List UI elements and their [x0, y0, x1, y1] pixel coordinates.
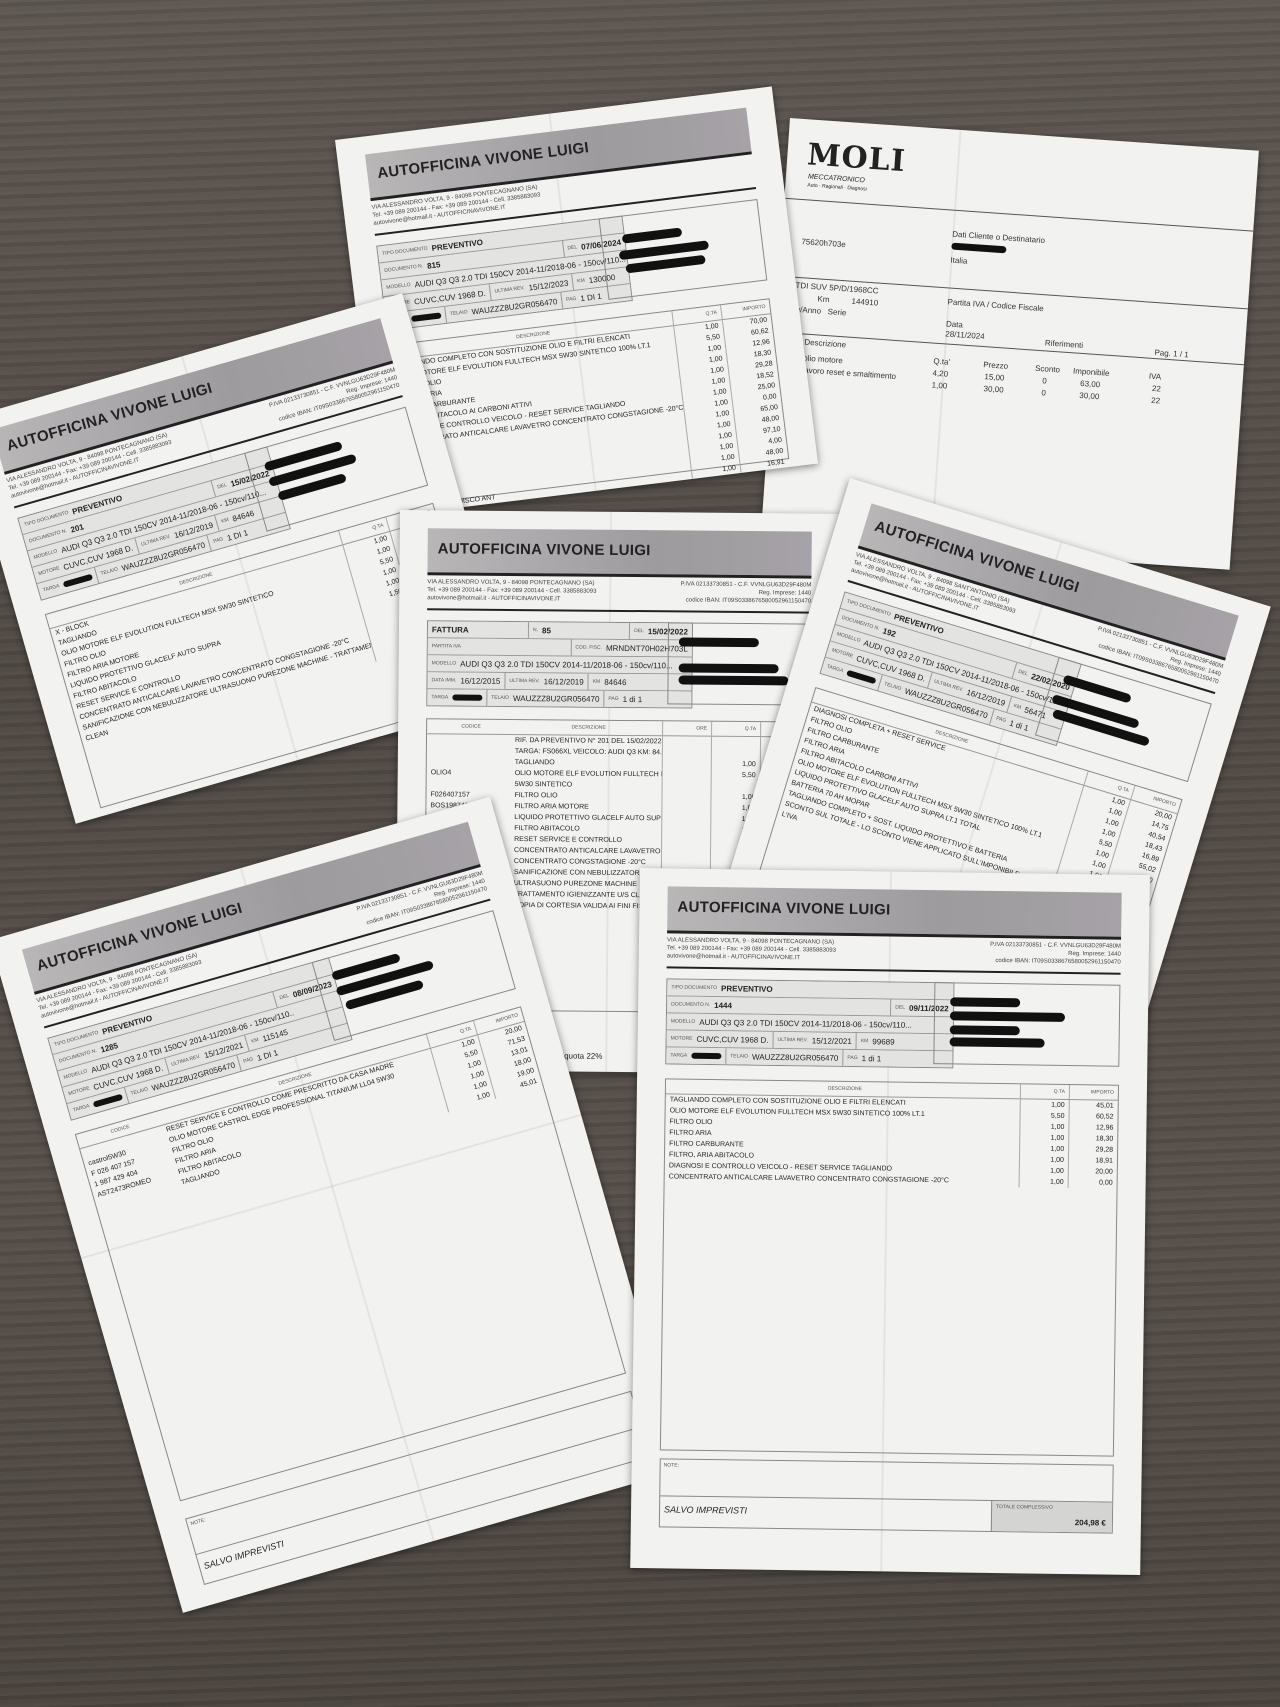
- item-hours: [661, 802, 710, 813]
- item-desc: CONCENTRATO CONGSTAGIONE -20°C: [510, 858, 661, 866]
- item-code: [427, 751, 511, 752]
- shop-address: VIA ALESSANDRO VOLTA, 9 - 84098 PONTECAG…: [427, 578, 596, 603]
- moli-logo: MOLI: [806, 137, 907, 179]
- redaction: [950, 1025, 1020, 1035]
- item-amount: 18,91: [1068, 1155, 1117, 1167]
- doc-info: TIPO DOCUMENTOPREVENTIVO DOCUMENTO N.144…: [665, 978, 954, 1068]
- item-desc: 5W30 SINTETICO: [511, 781, 662, 789]
- doc-info: FATTURAN.85DEL15/02/2022 PARTITA IVACOD.…: [426, 620, 693, 708]
- item-qty: [711, 737, 760, 748]
- col-taxable: Imponibile: [1073, 366, 1110, 378]
- shop-name: AUTOFFICINA VIVONE LUIGI: [5, 380, 214, 455]
- item-desc: FILTRO ARIA MOTORE: [510, 803, 661, 811]
- item-desc: FILTRO ABITACOLO: [510, 825, 661, 833]
- divider: [427, 608, 811, 613]
- item-hours: [661, 857, 710, 868]
- item-vat: 22: [1151, 396, 1161, 406]
- item-qty: 1,00: [1019, 1176, 1068, 1188]
- item-desc: CONCENTRATO ANTICALCARE LAVAVETRO CONCEN…: [665, 1173, 1019, 1185]
- item-hours: [662, 769, 711, 780]
- shop-name: AUTOFFICINA VIVONE LUIGI: [376, 139, 590, 182]
- item-amount: 12,96: [1068, 1122, 1117, 1134]
- divider: [667, 966, 1121, 974]
- item-qty: 5,50: [711, 770, 760, 781]
- item-qty: 1,00: [1019, 1132, 1068, 1144]
- shop-address: VIA ALESSANDRO VOLTA, 9 - 84098 PONTECAG…: [667, 936, 836, 962]
- doc-header: AUTOFFICINA VIVONE LUIGI: [427, 528, 811, 578]
- col-price: Prezzo: [983, 360, 1008, 371]
- item-hours: [661, 846, 710, 857]
- doc-footer: NOTE: SALVO IMPREVISTI TOTALE COMPLESSIV…: [659, 1458, 1114, 1533]
- item-vat: 22: [1152, 384, 1162, 394]
- item-qty: 4,20: [932, 369, 948, 379]
- ref-label: Riferimenti: [1045, 338, 1084, 350]
- client-box: [598, 199, 767, 300]
- item-hours: [662, 747, 711, 758]
- col-desc: Descrizione: [804, 338, 846, 350]
- item-hours: [662, 780, 711, 791]
- item-amount: 0,00: [1068, 1177, 1117, 1189]
- shop-name: AUTOFFICINA VIVONE LUIGI: [438, 540, 651, 559]
- item-amount: 60,52: [1068, 1111, 1117, 1123]
- item-qty: 1,00: [1019, 1165, 1068, 1177]
- doc-type: PREVENTIVO: [721, 984, 773, 994]
- item-desc: SANIFICAZIONE CON NEBULIZZATORE: [510, 869, 661, 877]
- item-desc: LIQUIDO PROTETTIVO GLACELF AUTO SUPRA: [510, 814, 661, 822]
- item-desc: RIF. DA PREVENTIVO N° 201 DEL 15/02/2022: [511, 737, 662, 745]
- item-qty: 1,00: [695, 495, 745, 512]
- item-hours: [662, 736, 711, 747]
- date-value: 28/11/2024: [945, 329, 985, 341]
- shop-vat: P.IVA 02133730851 - C.F. VVNLGU63D29F480…: [990, 941, 1121, 967]
- col-qty: Q.ta': [933, 357, 950, 367]
- item-desc: OLIO MOTORE ELF EVOLUTION FULLTECH MSX: [511, 770, 662, 778]
- item-hours: [662, 758, 711, 769]
- redaction: [621, 228, 682, 244]
- client-box: [934, 982, 1121, 1067]
- item-qty: 1,00: [711, 759, 760, 770]
- item-qty: 1,00: [1019, 1121, 1068, 1133]
- line-items: DESCRIZIONEQ.TAIMPORTO TAGLIANDO COMPLET…: [660, 1078, 1119, 1456]
- item-desc: TARGA: FS066XL VEICOLO: AUDI Q3 KM: 84.6…: [511, 748, 662, 756]
- km-label: Km: [817, 294, 830, 304]
- item-qty: 1,00: [931, 381, 947, 391]
- item-qty: [711, 781, 760, 792]
- item-code: F026407157: [426, 791, 510, 799]
- total-value: 204,98 €: [1075, 1518, 1106, 1527]
- col-discount: Sconto: [1035, 364, 1060, 375]
- doc-number: 815: [427, 260, 441, 271]
- shop-name: AUTOFFICINA VIVONE LUIGI: [677, 899, 890, 919]
- country: Italia: [950, 256, 967, 266]
- redaction: [950, 1037, 1045, 1047]
- item-qty: 5,50: [1020, 1110, 1069, 1122]
- paper-fold: [930, 130, 961, 549]
- page-label: Pag.: [1154, 348, 1171, 358]
- item-discount: 0: [1041, 388, 1046, 397]
- vehicle-model: AUDI Q3 Q3 2.0 TDI 150CV 2014-11/2018-06…: [699, 1017, 912, 1029]
- doc-type: FATTURA: [432, 625, 469, 634]
- item-qty: 1,00: [693, 484, 743, 501]
- shop-name: AUTOFFICINA VIVONE LUIGI: [35, 900, 244, 975]
- total-box: TOTALE COMPLESSIVO204,98 €: [991, 1501, 1112, 1533]
- item-qty: 1,00: [1019, 1154, 1068, 1166]
- redaction: [950, 1011, 1065, 1022]
- item-desc: RESET SERVICE E CONTROLLO: [510, 836, 661, 844]
- doc-number: 1444: [714, 1001, 732, 1010]
- item-qty: 1,00: [1019, 1143, 1068, 1155]
- item-amount: 45,01: [1069, 1100, 1118, 1112]
- moli-invoice: MOLI MECCATRONICO Auto · Ragionali · Dia…: [761, 118, 1259, 570]
- redaction: [951, 997, 1021, 1007]
- col-vat: IVA: [1149, 372, 1162, 382]
- item-taxable: 63,00: [1080, 379, 1101, 389]
- item-desc: COPIA DI CORTESIA VALIDA AI FINI FISCALI: [510, 902, 661, 910]
- item-taxable: 30,00: [1079, 391, 1100, 401]
- item-code: [427, 784, 511, 785]
- item-code: OLIO4: [427, 769, 511, 777]
- redaction: [951, 243, 1006, 254]
- item-code: [427, 762, 511, 763]
- divider: [784, 198, 1253, 232]
- doc-info: TIPO DOCUMENTOPREVENTIVO DOCUMENTO N.815…: [376, 215, 633, 331]
- item-desc: CONCENTRATO ANTICALCARE LAVAVETRO: [510, 847, 661, 855]
- item-qty: 1,00: [1020, 1099, 1069, 1111]
- item-price: 15,00: [984, 372, 1005, 382]
- serial-label: Serie: [827, 307, 846, 317]
- item-hours: [661, 835, 710, 846]
- doc-type: PREVENTIVO: [431, 237, 483, 252]
- item-price: 30,00: [983, 384, 1004, 394]
- item-amount: 18,30: [1068, 1133, 1117, 1145]
- item-amount: 20,00: [1068, 1166, 1117, 1178]
- item-desc: FILTRO OLIO: [510, 792, 661, 800]
- item-hours: [661, 824, 710, 835]
- shop-vat: P.IVA 02133730851 - C.F. VVNLGU63D29F480…: [680, 580, 811, 605]
- item-hours: [661, 813, 710, 824]
- item-desc: olio motore: [803, 354, 843, 366]
- item-desc: TRATTAMENTO IGIENIZZANTE U/S CLEAN: [510, 891, 661, 899]
- item-discount: 0: [1042, 376, 1047, 385]
- note-text: SALVO IMPREVISTI: [660, 1496, 991, 1531]
- item-code: [427, 740, 511, 741]
- item-hours: [661, 791, 710, 802]
- redaction: [679, 675, 789, 685]
- vat-label: Partita IVA / Codice Fiscale: [947, 297, 1044, 313]
- item-desc: TAGLIANDO: [511, 759, 662, 767]
- item-desc: ULTRASUONO PUREZONE MACHINE: [510, 880, 661, 888]
- item-amount: 29,28: [1068, 1144, 1117, 1156]
- estimate-1444: AUTOFFICINA VIVONE LUIGI VIA ALESSANDRO …: [630, 868, 1150, 1575]
- redaction: [679, 663, 779, 673]
- item-qty: [711, 748, 760, 759]
- item-desc: lavoro reset e smaltimento: [802, 365, 896, 381]
- redaction: [679, 637, 759, 647]
- doc-header: AUTOFFICINA VIVONE LUIGI: [667, 886, 1122, 939]
- date-label: Data: [946, 319, 963, 329]
- moli-code: 75620h703e: [801, 237, 846, 249]
- km-value: 144910: [851, 297, 878, 308]
- page-value: 1 / 1: [1173, 349, 1189, 359]
